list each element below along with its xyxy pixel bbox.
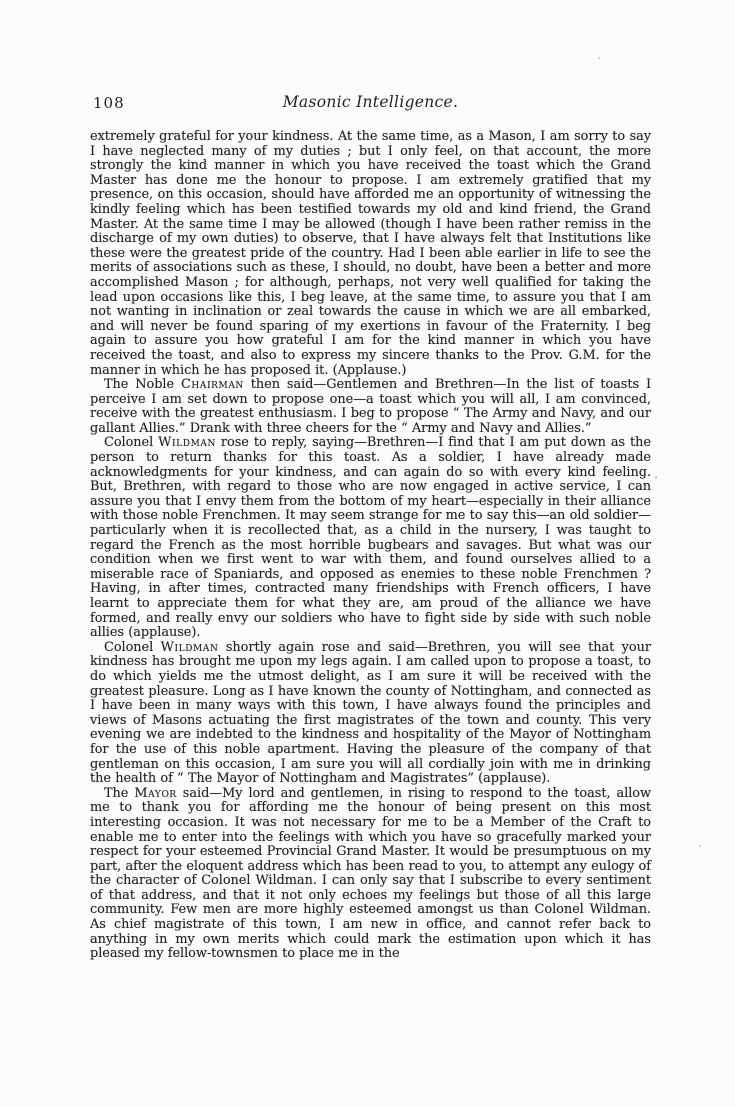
- running-title: Masonic Intelligence.: [90, 93, 651, 111]
- scanned-book-page: 108 Masonic Intelligence. extremely grat…: [0, 0, 735, 1107]
- body-text: extremely grateful for your kindness. At…: [90, 130, 651, 962]
- paragraph-text: Colonel: [104, 640, 161, 655]
- person-name-smallcaps: Wildman: [161, 640, 219, 655]
- paragraph-text: The Noble: [104, 377, 181, 392]
- scan-speck: [655, 476, 657, 479]
- paragraph: The Noble Chairman then said—Gentlemen a…: [90, 378, 651, 436]
- paragraph-text: The: [104, 786, 134, 801]
- paragraph-text: extremely grateful for your kindness. At…: [90, 129, 651, 378]
- scan-speck: [598, 57, 600, 59]
- page-header: 108 Masonic Intelligence.: [90, 93, 651, 115]
- paragraph-text: rose to reply, saying—Brethren—I find th…: [90, 435, 651, 640]
- paragraph-text: said—My lord and gentlemen, in rising to…: [90, 786, 651, 962]
- scan-speck: [699, 845, 701, 847]
- paragraph-text: Colonel: [104, 435, 158, 450]
- person-name-smallcaps: Wildman: [158, 435, 216, 450]
- person-name-smallcaps: Mayor: [134, 786, 176, 801]
- paragraph-text: shortly again rose and said—Brethren, yo…: [90, 640, 651, 786]
- paragraph: Colonel Wildman rose to reply, saying—Br…: [90, 436, 651, 640]
- paragraph: Colonel Wildman shortly again rose and s…: [90, 641, 651, 787]
- paragraph: extremely grateful for your kindness. At…: [90, 130, 651, 378]
- person-name-smallcaps: Chairman: [181, 377, 244, 392]
- paragraph: The Mayor said—My lord and gentlemen, in…: [90, 787, 651, 962]
